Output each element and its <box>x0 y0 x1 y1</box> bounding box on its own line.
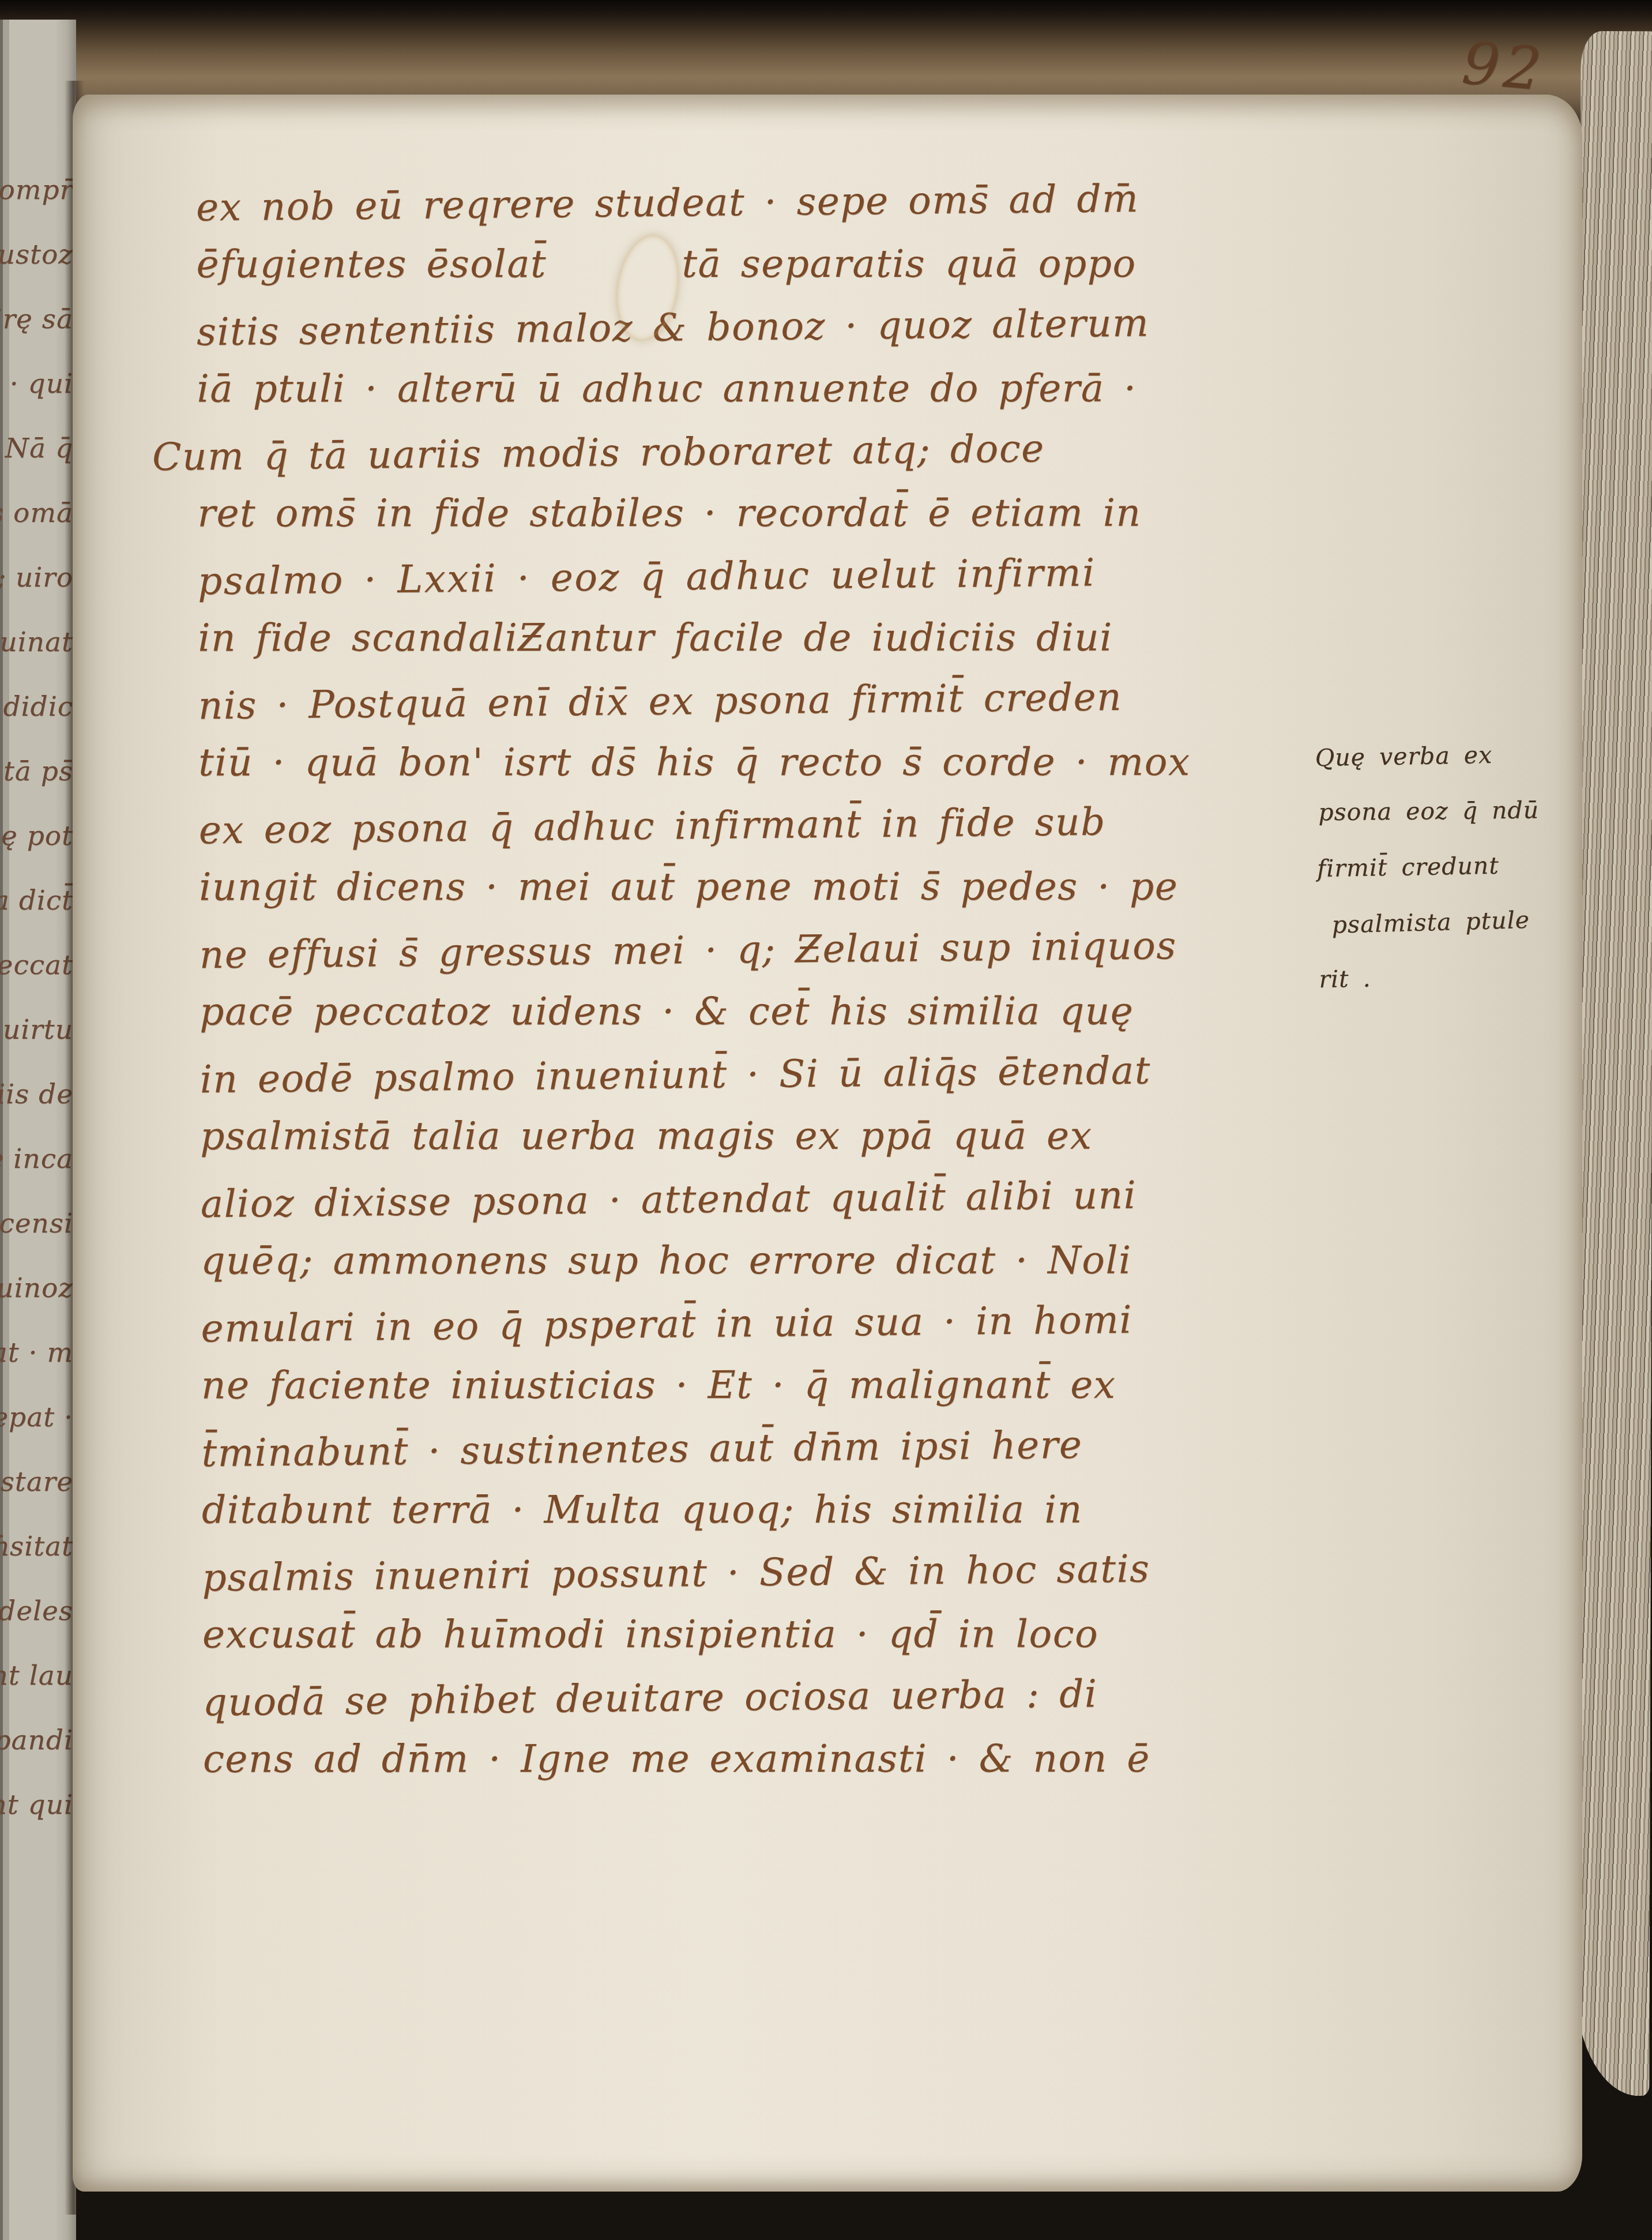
left-page-edge-text-fragment: ustare <box>0 1466 73 1498</box>
left-page-edge-text-fragment: mirę sā <box>0 303 73 335</box>
left-page-edge-text-fragment: q̄q; uiro <box>0 562 73 593</box>
left-page-edge-text-fragment: ncrepat · <box>0 1401 73 1433</box>
main-text-line: ne effusi s̄ gressus mei · q; Ƶelaui sup… <box>199 916 1318 989</box>
left-page-edge-text-fragment: compr̄ <box>0 174 73 206</box>
left-page-edge-text-fragment: qua dict̄ <box>0 885 73 916</box>
main-text-line: emulari in eo q̄ psperat̄ in uia sua · i… <box>201 1290 1320 1363</box>
manuscript-photo: compr̄s iustozmirę sāndū · quiit̄ · Nā q… <box>0 0 1652 2240</box>
left-page-edge-text-fragment: nīcę inca <box>0 1143 73 1175</box>
main-text-line: quēq; ammonens sup hoc errore dicat · No… <box>201 1231 1319 1294</box>
left-page-edge-text-fragment: t uitiis de <box>0 1078 73 1110</box>
left-page-edge-text-fragment: s iustoz <box>0 239 73 270</box>
main-text-line: Cum q̄ tā uariis modis roboraret atq; do… <box>197 418 1316 491</box>
main-text-line: ne faciente iniusticias · Et · q̄ malign… <box>201 1356 1320 1419</box>
left-page-edge-text-fragment: eant lau <box>0 1660 73 1692</box>
main-text-line: psalmo · Lxxii · eoz q̄ adhuc uelut infi… <box>197 542 1316 615</box>
main-text-block: ex nob eū reqrere studeat · sepe oms̄ ad… <box>196 171 1322 1795</box>
main-text-line: ex eoz psona q̄ adhuc infirmant̄ in fide… <box>198 791 1318 865</box>
main-text-line: t̄minabunt̄ · sustinentes aut̄ dn̄m ipsi… <box>201 1414 1320 1487</box>
left-page-edge-text-fragment: unciat · m <box>0 1337 73 1369</box>
main-text-line: ditabunt terrā · Multa quoq; his similia… <box>202 1480 1320 1543</box>
main-text-line: sitis sententiis maloz & bonoz · quoz al… <box>197 293 1316 366</box>
left-page-edge-text-fragment: diuinat <box>0 626 73 658</box>
main-text-line: tiū · quā bon' isrt ds̄ his q̄ recto s̄ … <box>198 733 1317 796</box>
main-text-line: ret oms̄ in fide stabiles · recordat̄ ē … <box>197 484 1316 547</box>
left-page-edge-text-fragment: ibs omā <box>0 497 73 529</box>
folio-number: 92 <box>1459 29 1548 104</box>
main-text-line: pacē peccatoz uidens · & cet̄ his simili… <box>200 982 1318 1045</box>
left-page-edge-text-fragment: n̄ fideles <box>0 1595 73 1627</box>
left-page-edge-text-fragment: inm̄sitat <box>0 1531 73 1562</box>
left-page-edge-text-fragment: dent qui <box>0 1789 73 1821</box>
fore-edge-page-stack <box>1575 31 1652 2096</box>
margin-note-line: Quę verba ex <box>1315 726 1587 785</box>
main-text-line: ēfugientes ēsolat̄ tā separatis quā oppo <box>197 235 1315 298</box>
main-text-line: nis · Postquā enī dix̄ ex psona firmit̄ … <box>198 667 1317 740</box>
left-page-edge-text-fragment: o peccat <box>0 949 73 981</box>
main-text-line: cens ad dn̄m · Igne me examinasti · & no… <box>203 1730 1322 1792</box>
margin-note-line: firmit̄ credunt <box>1316 836 1589 896</box>
main-text-line: psalmis inueniri possunt · Sed & in hoc … <box>202 1539 1321 1612</box>
main-text-line: alioz dixisse psona · attendat qualit̄ a… <box>200 1165 1319 1238</box>
main-text-line: iā ptuli · alterū ū adhuc annuente do pf… <box>197 360 1315 423</box>
main-text-line: in eodē psalmo inueniunt̄ · Si ū aliq̄s … <box>200 1040 1319 1114</box>
left-page-edge-text-fragment: ndū · qui <box>0 368 73 400</box>
main-text-line: in fide scandaliƵantur facile de iudicii… <box>198 608 1316 671</box>
left-page-edge-text-fragment: oc pandi <box>0 1724 73 1756</box>
left-page-edge-text-fragment: a quę pot <box>0 820 73 852</box>
left-page-edge-text-fragment: diuinoz <box>0 1272 73 1304</box>
margin-note-line: psona eoz q̄ ndū <box>1318 781 1590 840</box>
left-page-edge-text-fragment: it̄ · Nā q̄ <box>0 433 73 464</box>
main-text-line: excusat̄ ab huīmodi insipientia · qd̄ in… <box>202 1605 1321 1668</box>
left-page-edge-text-fragment: n̄to didic <box>0 691 73 723</box>
margin-note: Quę verba expsona eoz q̄ ndūfirmit̄ cred… <box>1315 726 1590 1007</box>
main-text-line: ex nob eū reqrere studeat · sepe oms̄ ad… <box>196 168 1315 242</box>
left-page-edge-text-fragment: & ascensi <box>0 1208 73 1239</box>
main-text-line: iungit dicens · mei aut̄ pene moti s̄ pe… <box>199 858 1318 920</box>
main-text-line: quodā se phibet deuitare ociosa uerba : … <box>202 1663 1322 1737</box>
main-text-line: psalmistā talia uerba magis ex ppā quā e… <box>200 1107 1319 1170</box>
left-page-edge-text-fragment: are tā ps̄ <box>0 756 73 787</box>
left-page-edge-text-fragment: bet uirtu <box>0 1014 73 1046</box>
margin-note-line: rit . <box>1319 947 1591 1007</box>
margin-note-line: psalmista ptule <box>1331 890 1603 952</box>
